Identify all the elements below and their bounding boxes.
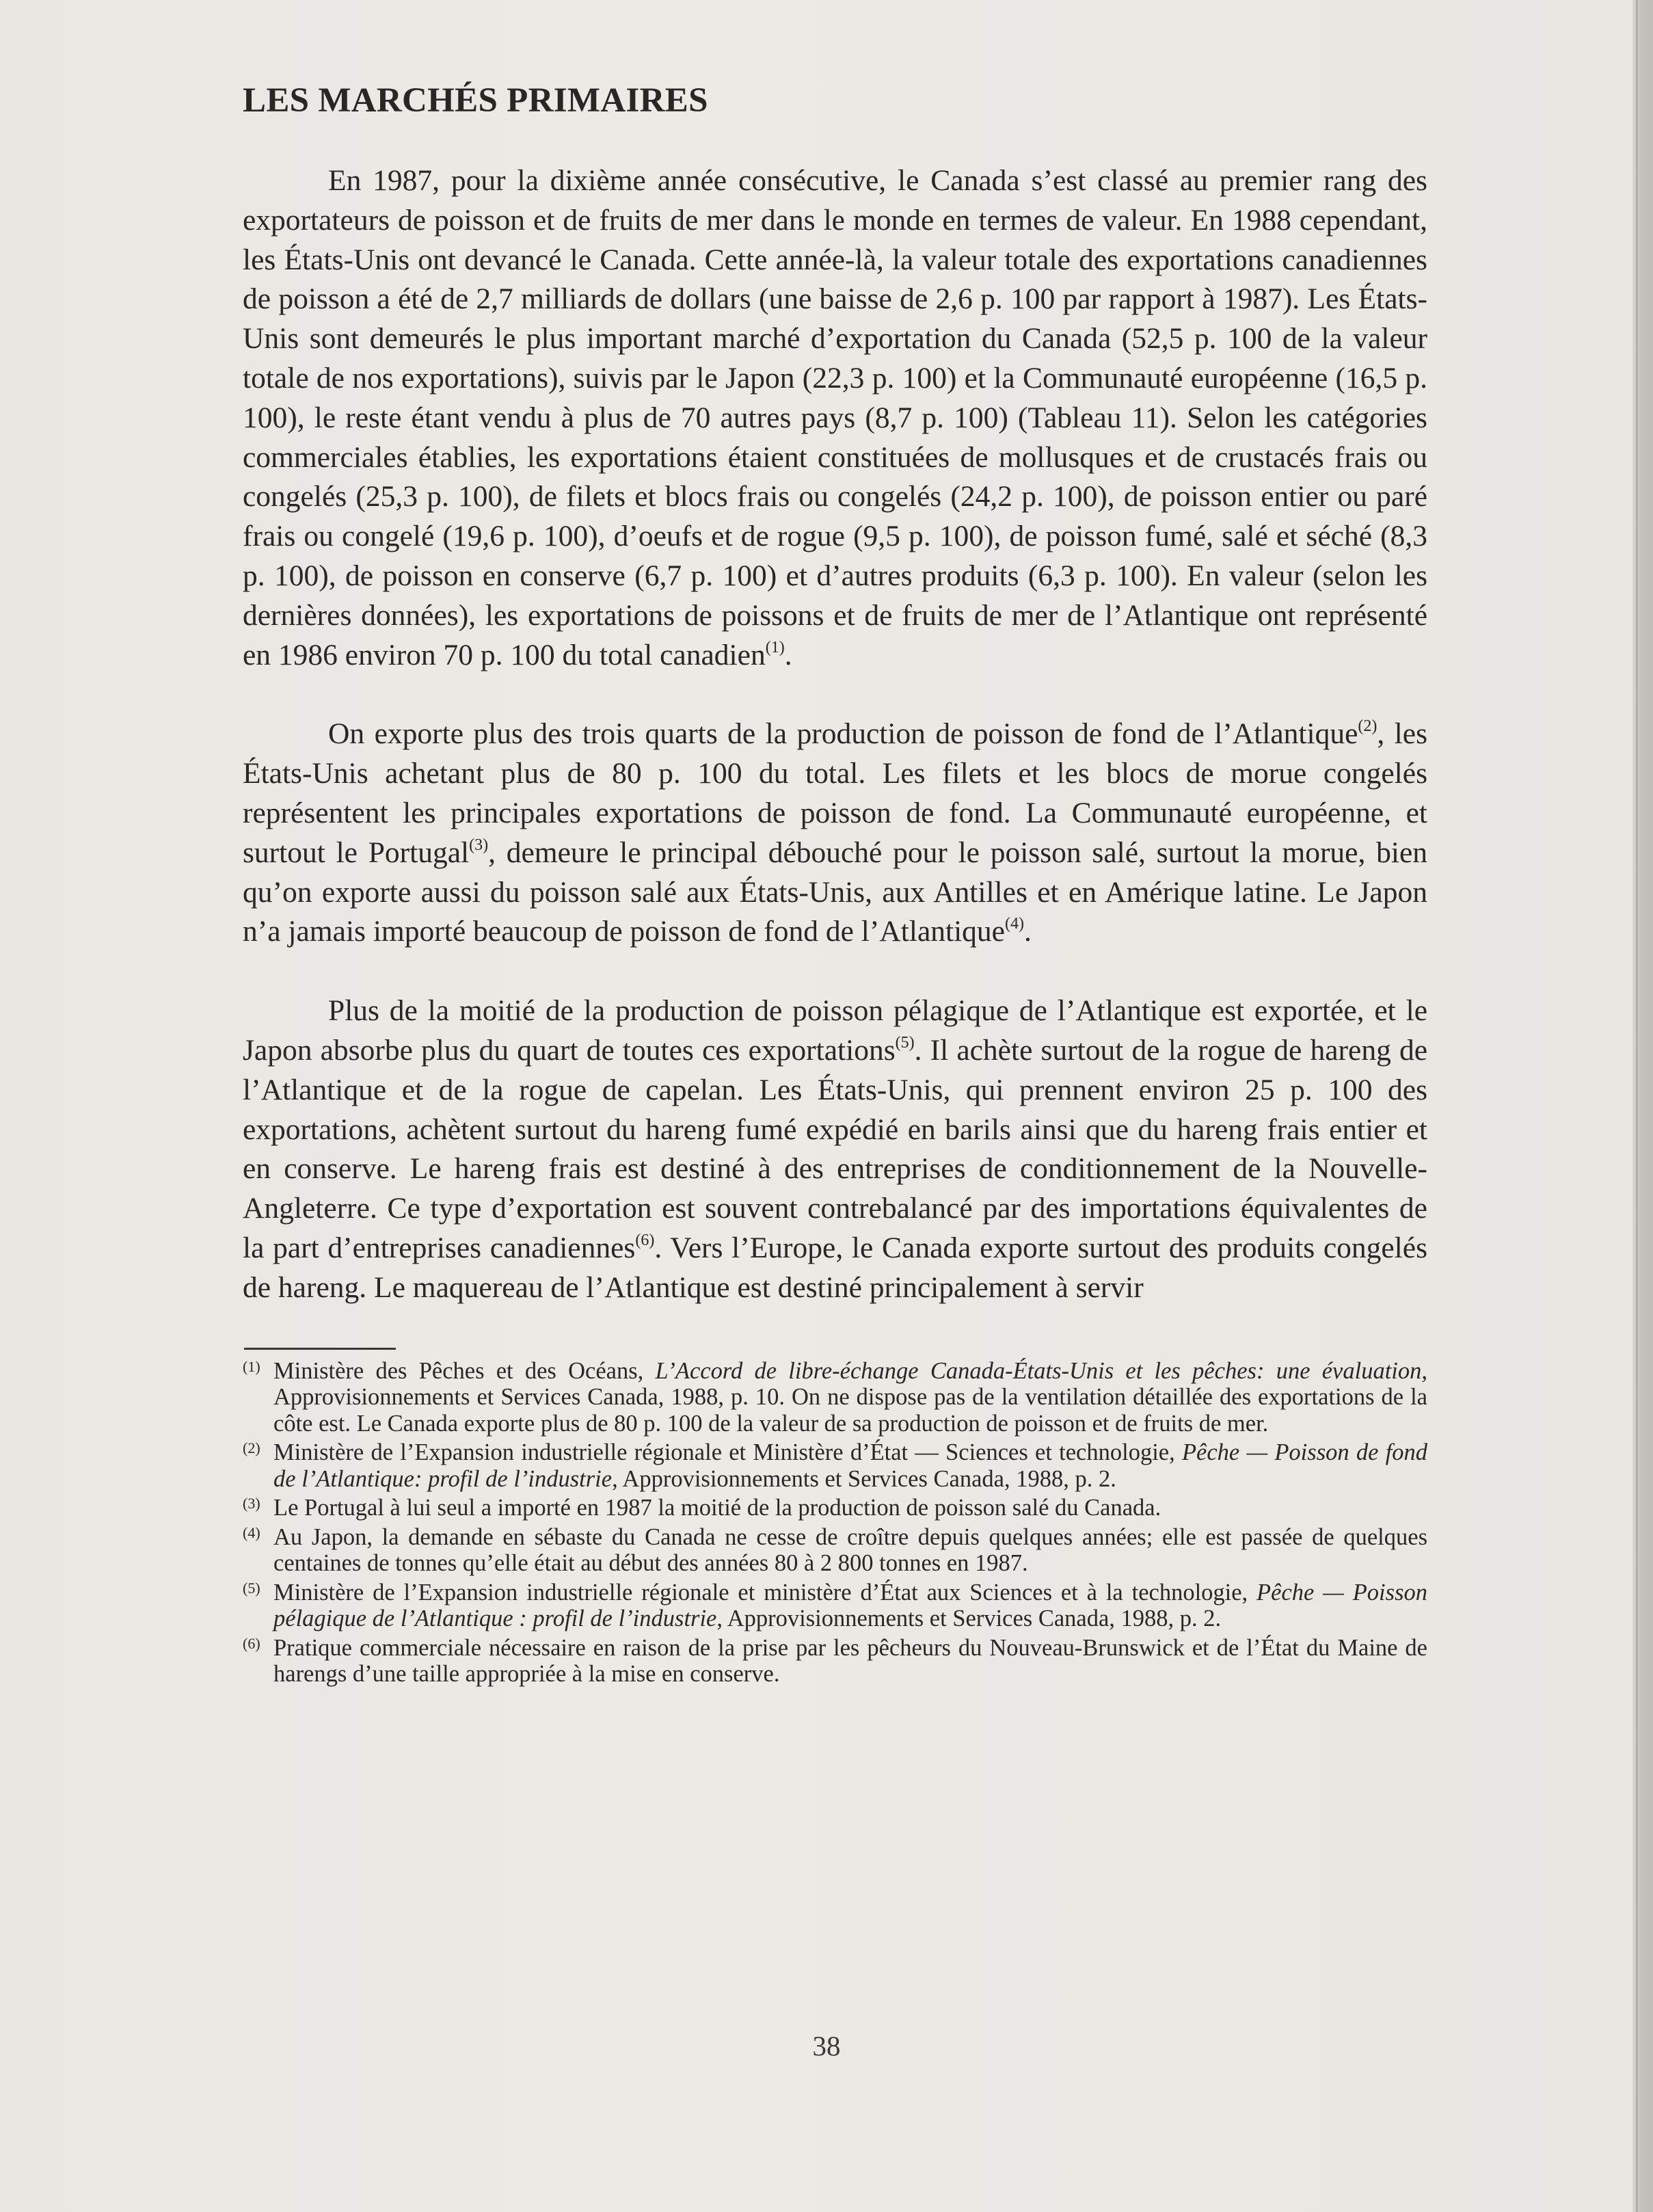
scanned-page: LES MARCHÉS PRIMAIRES En 1987, pour la d… [0, 0, 1632, 2212]
footnote-reference[interactable]: (3) [469, 836, 488, 854]
citation-title: L’Accord de libre-échange Canada-États-U… [656, 1358, 1422, 1384]
footnote-text: Ministère de l’Expansion industrielle ré… [273, 1580, 1256, 1605]
footnote-text: Ministère de l’Expansion industrielle ré… [273, 1439, 1182, 1465]
footnote: (4)Au Japon, la demande en sébaste du Ca… [243, 1524, 1427, 1577]
paragraph: En 1987, pour la dixième année consécuti… [243, 161, 1427, 675]
footnote-text: Pratique commerciale nécessaire en raiso… [273, 1635, 1427, 1688]
paragraph: Plus de la moitié de la production de po… [243, 991, 1427, 1307]
paragraph: On exporte plus des trois quarts de la p… [243, 715, 1427, 952]
paragraph-text: . [785, 639, 792, 671]
footnote-reference[interactable]: (4) [1005, 915, 1024, 933]
page-number: 38 [0, 2029, 1653, 2062]
footnote-reference[interactable]: (5) [896, 1034, 915, 1052]
footnote-reference[interactable]: (2) [1358, 717, 1377, 735]
paragraph-text: . [1024, 915, 1032, 948]
paragraph-text: On exporte plus des trois quarts de la p… [328, 717, 1358, 750]
footnote-number: (1) [243, 1358, 260, 1376]
paragraph-text: . Il achète surtout de la rogue de haren… [243, 1034, 1427, 1264]
footnote-divider [244, 1348, 396, 1350]
footnotes: (1)Ministère des Pêches et des Océans, L… [243, 1358, 1427, 1688]
footnote-text: Le Portugal à lui seul a importé en 1987… [273, 1495, 1161, 1521]
footnote-text: , Approvisionnements et Services Canada,… [612, 1466, 1116, 1492]
footnote: (6)Pratique commerciale nécessaire en ra… [243, 1635, 1427, 1688]
footnote-text: , Approvisionnements et Services Canada,… [716, 1605, 1221, 1631]
footnote-number: (3) [243, 1495, 260, 1513]
page-edge-line [1636, 0, 1638, 2212]
footnote: (3)Le Portugal à lui seul a importé en 1… [243, 1495, 1427, 1521]
footnote: (2)Ministère de l’Expansion industrielle… [243, 1439, 1427, 1492]
footnote: (1)Ministère des Pêches et des Océans, L… [243, 1358, 1427, 1437]
footnote-text: Ministère des Pêches et des Océans, [273, 1358, 656, 1384]
body-paragraphs: En 1987, pour la dixième année consécuti… [243, 161, 1427, 1308]
paragraph-text: En 1987, pour la dixième année consécuti… [243, 164, 1427, 671]
footnote: (5)Ministère de l’Expansion industrielle… [243, 1580, 1427, 1632]
page-content: LES MARCHÉS PRIMAIRES En 1987, pour la d… [243, 81, 1427, 1690]
footnote-reference[interactable]: (1) [766, 639, 785, 656]
footnote-number: (2) [243, 1439, 260, 1457]
footnote-reference[interactable]: (6) [635, 1231, 654, 1249]
footnote-text: Au Japon, la demande en sébaste du Canad… [273, 1524, 1427, 1577]
footnote-number: (5) [243, 1580, 260, 1597]
section-heading: LES MARCHÉS PRIMAIRES [243, 81, 1427, 120]
footnote-number: (4) [243, 1524, 260, 1542]
footnote-number: (6) [243, 1635, 260, 1653]
